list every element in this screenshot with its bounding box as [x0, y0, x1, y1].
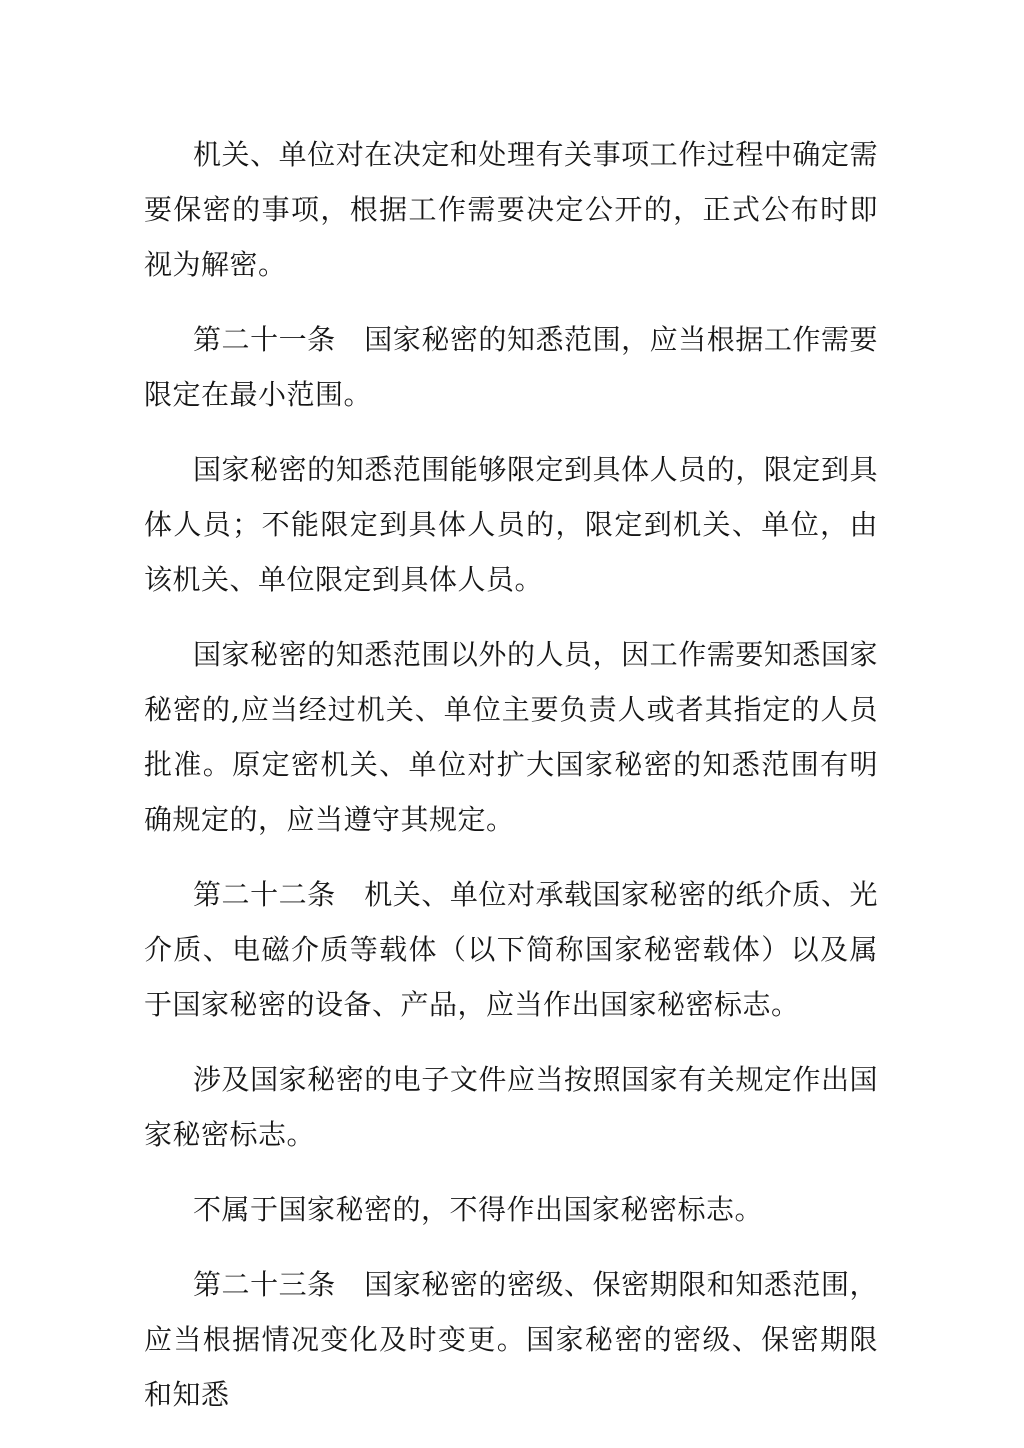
- paragraph-article-22-electronic-files: 涉及国家秘密的电子文件应当按照国家有关规定作出国家秘密标志。: [144, 1052, 878, 1162]
- document-body: 机关、单位对在决定和处理有关事项工作过程中确定需要保密的事项，根据工作需要决定公…: [144, 127, 878, 1422]
- paragraph-article-21-scope-limit: 国家秘密的知悉范围能够限定到具体人员的，限定到具体人员；不能限定到具体人员的，限…: [144, 442, 878, 607]
- document-page: 机关、单位对在决定和处理有关事项工作过程中确定需要保密的事项，根据工作需要决定公…: [0, 0, 1024, 1448]
- paragraph-declassify-on-publication: 机关、单位对在决定和处理有关事项工作过程中确定需要保密的事项，根据工作需要决定公…: [144, 127, 878, 292]
- paragraph-article-22: 第二十二条 机关、单位对承载国家秘密的纸介质、光介质、电磁介质等载体（以下简称国…: [144, 867, 878, 1032]
- paragraph-article-21-approval: 国家秘密的知悉范围以外的人员，因工作需要知悉国家秘密的,应当经过机关、单位主要负…: [144, 627, 878, 847]
- paragraph-article-21: 第二十一条 国家秘密的知悉范围，应当根据工作需要限定在最小范围。: [144, 312, 878, 422]
- paragraph-article-22-non-secret: 不属于国家秘密的，不得作出国家秘密标志。: [144, 1182, 878, 1237]
- paragraph-article-23: 第二十三条 国家秘密的密级、保密期限和知悉范围，应当根据情况变化及时变更。国家秘…: [144, 1257, 878, 1422]
